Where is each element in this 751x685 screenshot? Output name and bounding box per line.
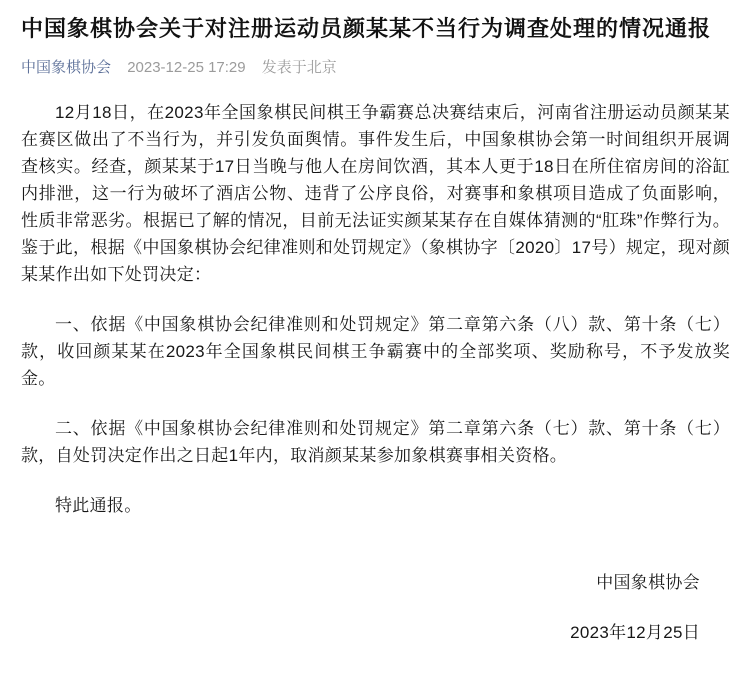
body-paragraph-closing: 特此通报。 xyxy=(21,492,730,519)
article-page: 中国象棋协会关于对注册运动员颜某某不当行为调查处理的情况通报 中国象棋协会 20… xyxy=(0,0,751,685)
article-byline: 中国象棋协会 2023-12-25 17:29 发表于北京 xyxy=(21,59,730,77)
account-name-link[interactable]: 中国象棋协会 xyxy=(21,59,111,76)
body-paragraph-1: 12月18日，在2023年全国象棋民间棋王争霸赛总决赛结束后，河南省注册运动员颜… xyxy=(21,99,730,288)
article-title: 中国象棋协会关于对注册运动员颜某某不当行为调查处理的情况通报 xyxy=(21,14,730,44)
publish-location: 发表于北京 xyxy=(262,59,337,76)
signature-date: 2023年12月25日 xyxy=(21,619,730,646)
body-paragraph-2: 一、依据《中国象棋协会纪律准则和处罚规定》第二章第六条（八）款、第十条（七）款，… xyxy=(21,311,730,392)
article-body: 12月18日，在2023年全国象棋民间棋王争霸赛总决赛结束后，河南省注册运动员颜… xyxy=(21,99,730,646)
body-paragraph-3: 二、依据《中国象棋协会纪律准则和处罚规定》第二章第六条（七）款、第十条（七）款，… xyxy=(21,415,730,469)
signature-org: 中国象棋协会 xyxy=(21,569,730,596)
publish-datetime: 2023-12-25 17:29 xyxy=(127,59,245,76)
